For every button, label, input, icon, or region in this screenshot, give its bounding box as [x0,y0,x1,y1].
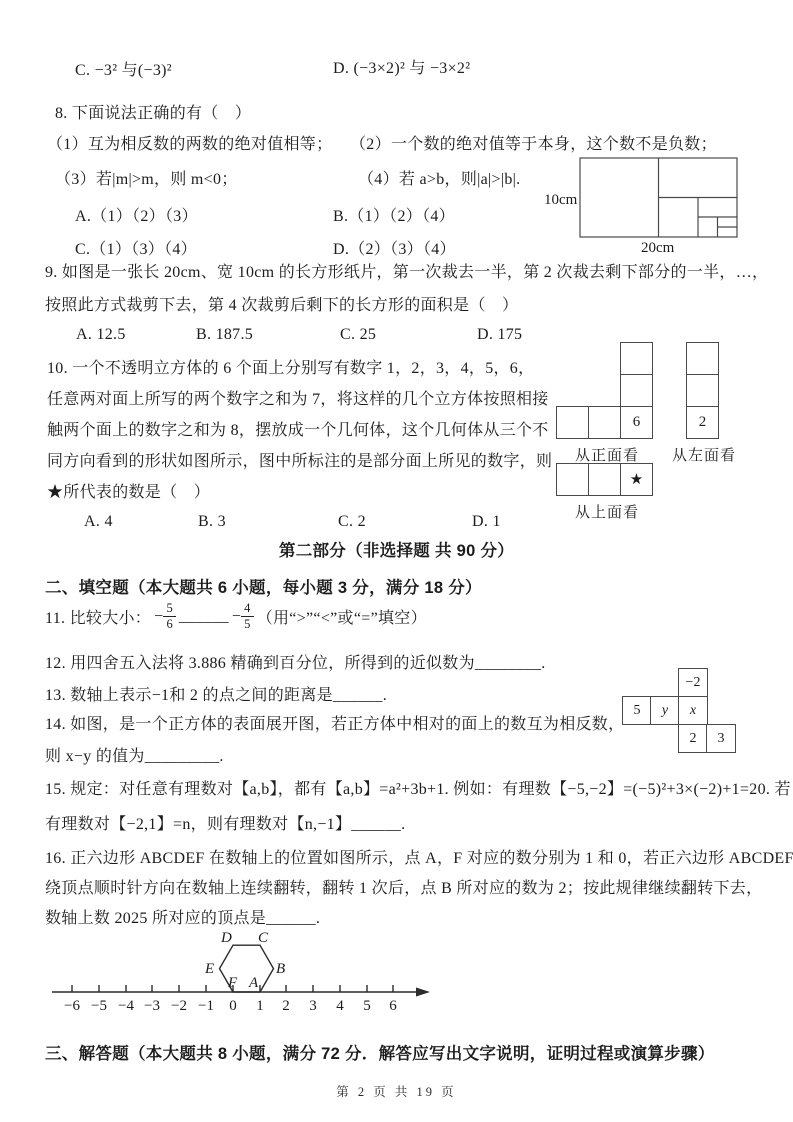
hexagon-vertex-label-c: C [258,930,269,946]
q16-line-1: 16. 正六边形 ABCDEF 在数轴上的位置如图所示，点 A，F 对应的数分别… [45,845,793,868]
q8-option-d: D.（2）（3）（4） [333,236,456,259]
q10-option-d: D. 1 [472,513,501,531]
top-view-diagram: ★ 从上面看 [556,463,676,523]
q11-fraction-1: −56 [154,601,176,632]
net-cell-minus2: −2 [678,668,708,697]
q11-suffix: （用“>”“<”或“=”填空） [257,605,427,628]
left-view-label: 从左面看 [672,444,736,465]
frac1-sign: − [154,608,163,626]
q14-line-2: 则 x−y 的值为_________. [45,743,224,766]
front-view-cell [620,374,653,407]
left-view-cell [686,342,719,375]
hexagon-vertex-label-a: A [248,975,259,991]
numberline-arrow-icon [416,988,430,997]
q8-statement-1: （1）互为相反数的两数的绝对值相等； [47,131,332,154]
front-view-cell [588,406,621,439]
part2-section-title: 二、填空题（本大题共 6 小题，每小题 3 分，满分 18 分） [45,574,482,598]
front-view-label: 从正面看 [575,444,639,465]
q10-line-4: 同方向看到的形状如图所示，图中所标注的是部分面上所见的数字，则 [47,448,552,471]
q9-line-1: 9. 如图是一张长 20cm、宽 10cm 的长方形纸片，第一次裁去一半，第 2… [45,259,768,282]
q11-blank: ______ [179,608,229,626]
hexagon-vertex-label-d: D [220,930,232,946]
q16-line-2: 绕顶点顺时针方向在数轴上连续翻转，翻转 1 次后，点 B 所对应的数为 2；按此… [45,875,762,898]
tick-label: 6 [389,998,397,1014]
q10-line-3: 触两个面上的数字之和为 8，摆放成一个几何体，这个几何体从三个不 [47,417,549,440]
tick-label: −1 [198,998,214,1014]
frac2-sign: − [232,608,241,626]
hexagon-numberline-diagram: −6 −5 −4 −3 −2 −1 0 1 2 3 4 5 6 D C E B … [40,928,460,1023]
tick-label: 1 [256,998,264,1014]
q11-line: 11. 比较大小： −56 ______ −45 （用“>”“<”或“=”填空） [45,601,427,632]
q9-option-d: D. 175 [477,326,522,344]
tick-label: 3 [309,998,317,1014]
hexagon-vertex-label-b: B [276,961,285,977]
tick-label: 5 [363,998,371,1014]
front-view-cell [556,406,589,439]
q11-prefix: 11. 比较大小： [45,605,151,628]
q8-statement-4: （4）若 a>b，则|a|>|b|. [358,166,520,189]
q10-line-2: 任意两对面上所写的两个数字之和为 7，将这样的几个立方体按照相接 [47,386,549,409]
part2-heading: 第二部分（非选择题 共 90 分） [0,537,793,561]
q11-fraction-2: −45 [232,601,254,632]
net-cell-y: y [650,696,680,725]
net-cell-2: 2 [678,724,708,753]
q12-line: 12. 用四舍五入法将 3.886 精确到百分位，所得到的近似数为_______… [45,650,546,673]
front-view-cell-6: 6 [620,406,653,439]
hexagon-vertex-label-f: F [227,975,238,991]
q10-line-5: ★所代表的数是（ ） [47,479,210,502]
q16-line-3: 数轴上数 2025 所对应的顶点是______. [45,905,320,928]
q10-line-1: 10. 一个不透明立方体的 6 个面上分别写有数字 1，2，3，4，5，6， [47,355,534,378]
q8-statement-3: （3）若|m|>m，则 m<0； [55,166,238,189]
q15-line-1: 15. 规定：对任意有理数对【a,b】，都有【a,b】=a²+3b+1. 例如：… [45,776,791,799]
hexagon-vertex-label-e: E [204,961,214,977]
q10-option-a: A. 4 [84,513,113,531]
q14-line-1: 14. 如图，是一个正方体的表面展开图，若正方体中相对的面上的数互为相反数， [45,711,624,734]
tick-label: −6 [64,998,80,1014]
page-footer: 第 2 页 共 19 页 [0,1082,793,1100]
front-view-cell [620,342,653,375]
q9-option-a: A. 12.5 [76,326,126,344]
q9-option-c: C. 25 [340,326,376,344]
tick-label: 4 [336,998,344,1014]
exam-page: C. −3² 与(−3)² D. (−3×2)² 与 −3×2² 8. 下面说法… [0,0,793,1122]
tick-label: 0 [229,998,237,1014]
rect-width-label: 20cm [641,240,675,256]
tick-label: −4 [118,998,134,1014]
frac2-denominator: 5 [241,617,254,632]
top-view-cell [588,463,621,496]
tick-label: −2 [171,998,187,1014]
top-view-cell [556,463,589,496]
part3-section-title: 三、解答题（本大题共 8 小题，满分 72 分．解答应写出文字说明，证明过程或演… [45,1040,715,1064]
rectangle-cut-diagram: 10cm 20cm [540,148,790,263]
rect-height-label: 10cm [544,192,578,208]
option-prev-d: D. (−3×2)² 与 −3×2² [333,55,470,78]
q8-stem: 8. 下面说法正确的有（ ） [55,100,251,123]
tick-label: 2 [282,998,290,1014]
front-view-diagram: 6 从正面看 [556,342,676,467]
left-view-cell [686,374,719,407]
left-view-diagram: 2 从左面看 [686,342,766,467]
left-view-cell-2: 2 [686,406,719,439]
frac1-denominator: 6 [163,617,176,632]
option-prev-c: C. −3² 与(−3)² [75,57,172,80]
frac1-numerator: 5 [163,601,176,617]
q9-option-b: B. 187.5 [196,326,253,344]
net-cell-x: x [678,696,708,725]
top-view-cell-star star-icon: ★ [620,463,653,496]
top-view-label: 从上面看 [575,501,639,522]
cube-net-diagram: −2 5 y x 2 3 [622,668,742,758]
q9-line-2: 按照此方式裁剪下去，第 4 次裁剪后剩下的长方形的面积是（ ） [45,292,518,315]
frac2-numerator: 4 [241,601,254,617]
q8-option-b: B.（1）（2）（4） [333,203,455,226]
tick-label: −3 [144,998,160,1014]
q13-line: 13. 数轴上表示−1和 2 的点之间的距离是______. [45,682,387,705]
q15-line-2: 有理数对【−2,1】=n，则有理数对【n,−1】______. [45,811,405,834]
q10-option-c: C. 2 [338,513,366,531]
q8-option-a: A.（1）（2）（3） [75,203,198,226]
net-cell-3: 3 [706,724,736,753]
q8-option-c: C.（1）（3）（4） [75,236,197,259]
q10-option-b: B. 3 [198,513,226,531]
net-cell-5: 5 [622,696,652,725]
tick-label: −5 [91,998,107,1014]
